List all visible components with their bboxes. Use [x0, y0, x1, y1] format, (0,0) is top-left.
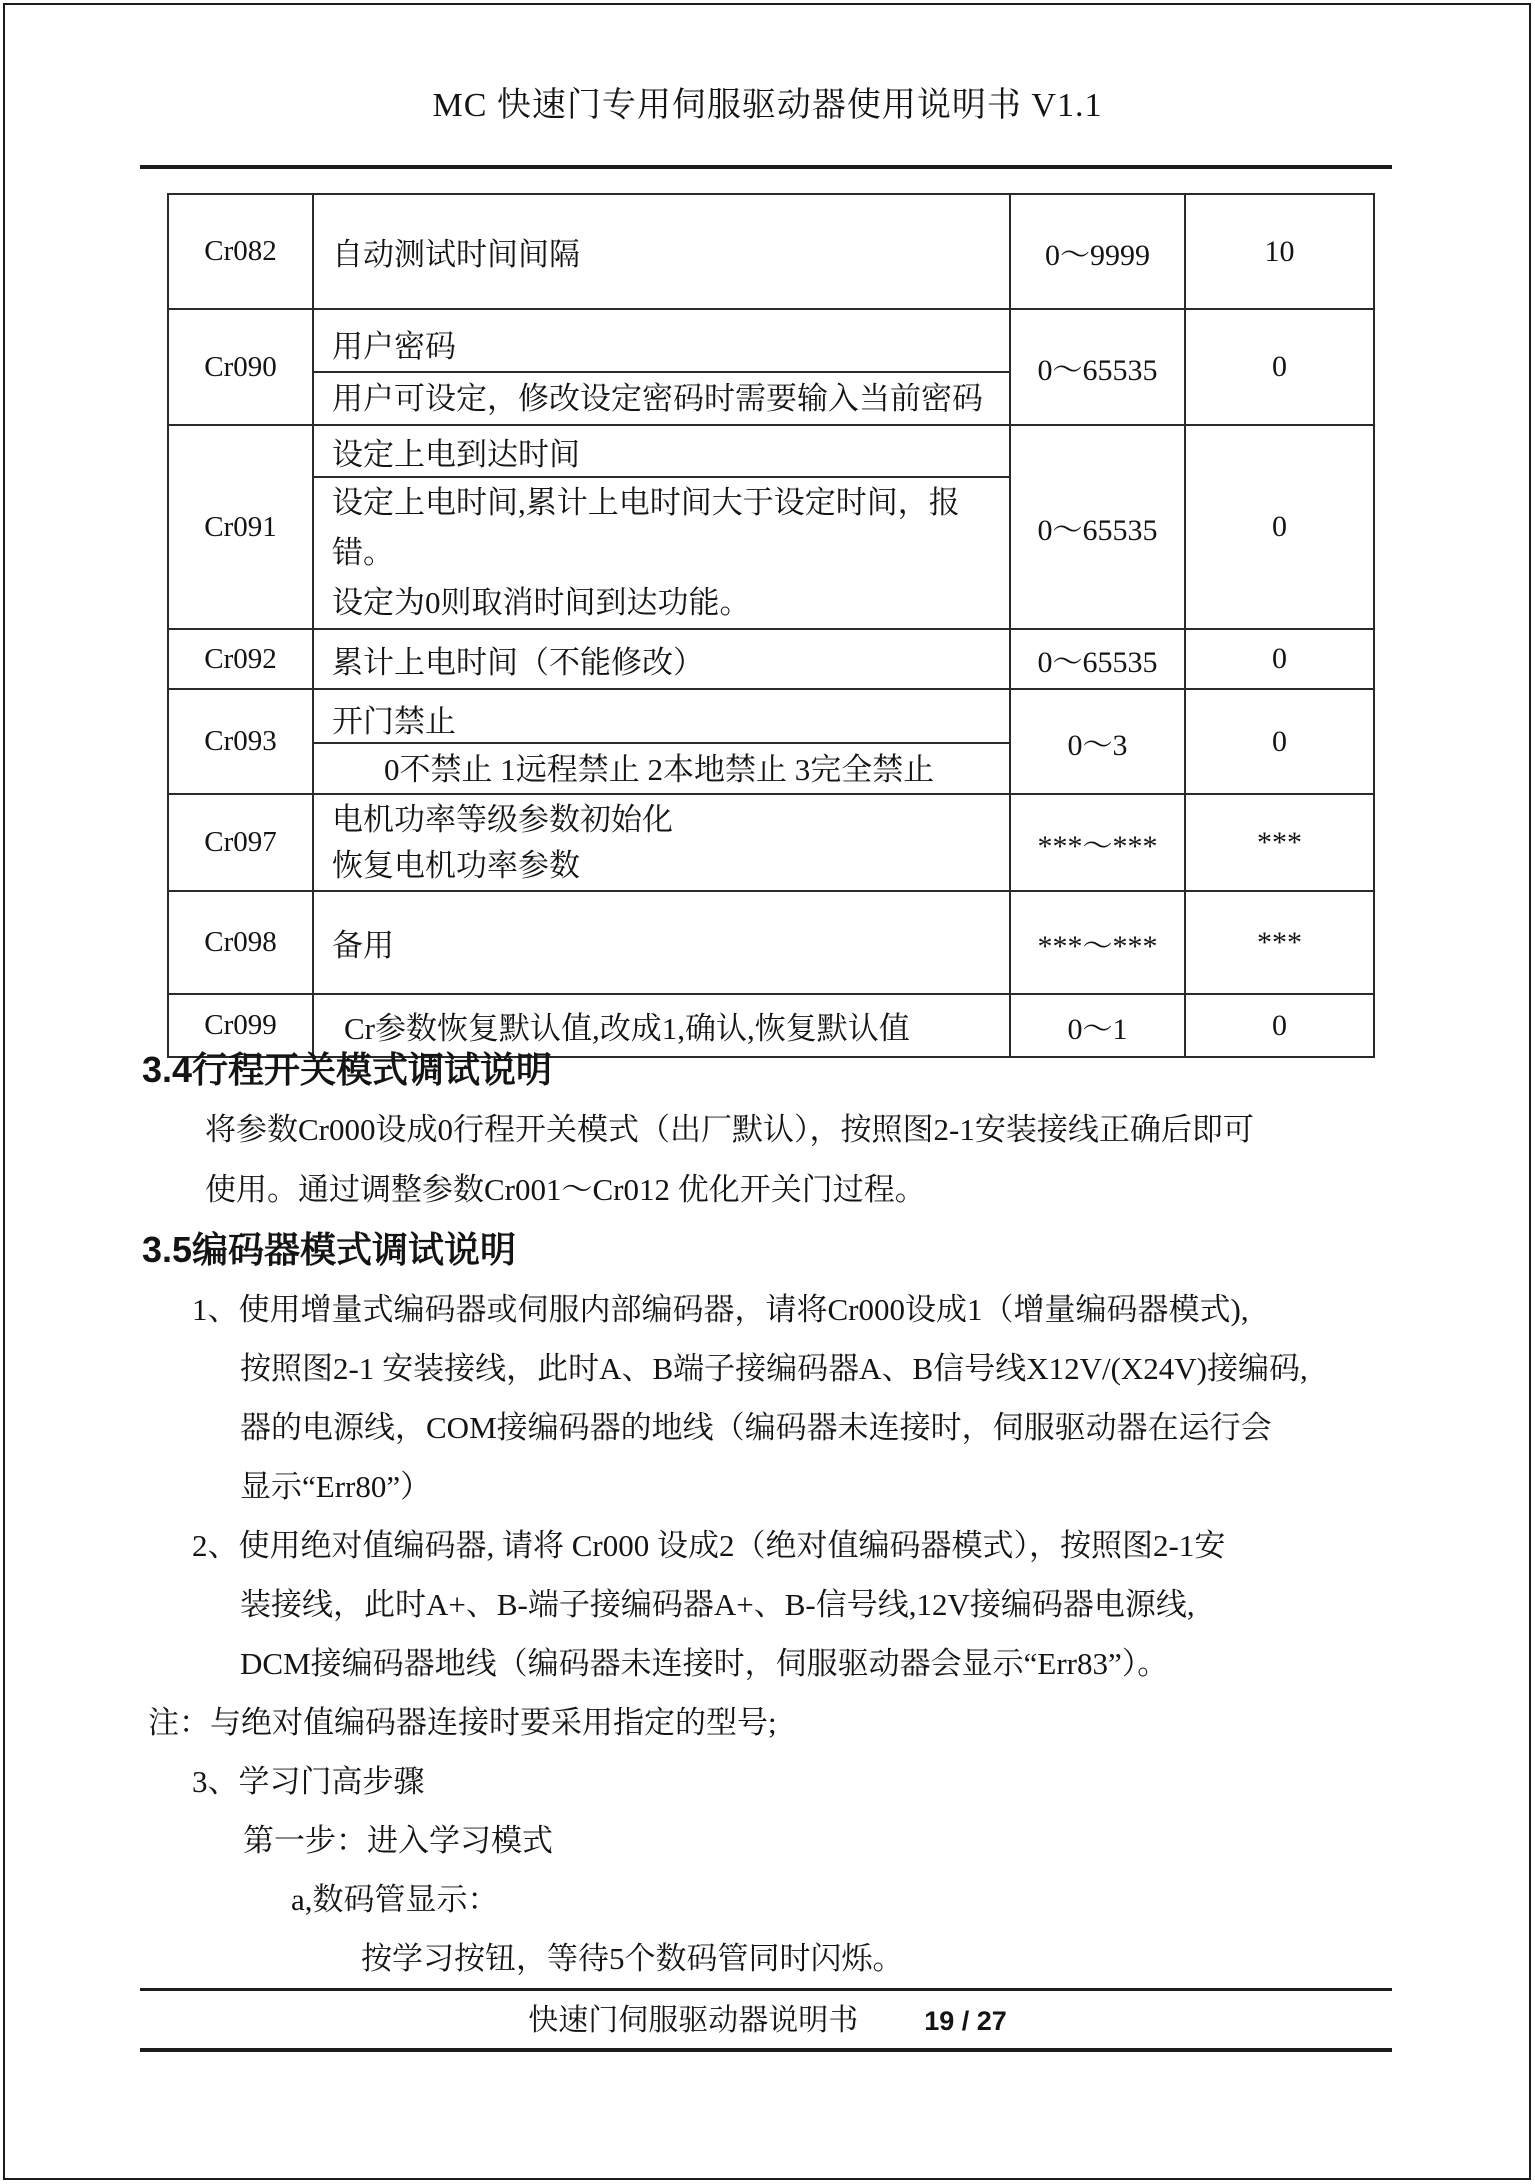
param-desc: 累计上电时间（不能修改） — [314, 637, 1009, 682]
table-row: Cr082 自动测试时间间隔 0～9999 10 — [168, 194, 1374, 309]
table-row: Cr098 备用 ***～*** *** — [168, 891, 1374, 994]
param-desc-detail: 设定上电时间,累计上电时间大于设定时间，报错。 设定为0则取消时间到达功能。 — [314, 478, 1009, 628]
section-3-5-substep: 按学习按钮，等待5个数码管同时闪烁。 — [361, 1929, 1535, 1988]
param-default: *** — [1185, 891, 1374, 994]
section-3-5-line: 装接线，此时A+、B-端子接编码器A+、B-信号线,12V接编码器电源线, — [240, 1575, 1535, 1634]
footer-rule-bottom — [140, 2048, 1392, 2052]
page-title: MC 快速门专用伺服驱动器使用说明书 V1.1 — [0, 83, 1535, 129]
param-range: ***～*** — [1010, 794, 1185, 891]
param-default: *** — [1185, 794, 1374, 891]
parameter-table: Cr082 自动测试时间间隔 0～9999 10 Cr090 用户密码 用户可设… — [167, 193, 1375, 1058]
section-3-5-line: 3、学习门高步骤 — [192, 1752, 1535, 1811]
table-row: Cr093 开门禁止 0不禁止 1远程禁止 2本地禁止 3完全禁止 0～3 0 — [168, 689, 1374, 794]
section-3-5-step: 第一步：进入学习模式 — [243, 1811, 1535, 1870]
param-desc-title: 设定上电到达时间 — [314, 426, 1009, 478]
param-range: 0～9999 — [1010, 194, 1185, 309]
footer-page-number: 19 / 27 — [924, 2000, 1007, 2042]
table-row: Cr090 用户密码 用户可设定，修改设定密码时需要输入当前密码 0～65535… — [168, 309, 1374, 425]
section-3-5-line: 2、使用绝对值编码器, 请将 Cr000 设成2（绝对值编码器模式），按照图2-… — [192, 1516, 1535, 1575]
param-range: 0～65535 — [1010, 309, 1185, 425]
param-range: ***～*** — [1010, 891, 1185, 994]
table-row: Cr092 累计上电时间（不能修改） 0～65535 0 — [168, 629, 1374, 689]
param-default: 10 — [1185, 194, 1374, 309]
param-code: Cr090 — [168, 309, 313, 425]
param-desc-detail: 0不禁止 1远程禁止 2本地禁止 3完全禁止 — [314, 744, 1009, 789]
param-code: Cr092 — [168, 629, 313, 689]
param-code: Cr091 — [168, 425, 313, 629]
section-3-4-line: 使用。通过调整参数Cr001～Cr012 优化开关门过程。 — [205, 1160, 1535, 1220]
param-default: 0 — [1185, 629, 1374, 689]
param-code: Cr097 — [168, 794, 313, 891]
param-code: Cr098 — [168, 891, 313, 994]
param-desc: 电机功率等级参数初始化 恢复电机功率参数 — [314, 797, 1009, 889]
section-heading-3-4: 3.4行程开关模式调试说明 — [142, 1040, 1535, 1100]
param-desc-title: 用户密码 — [314, 316, 1009, 373]
footer-rule-top — [140, 1988, 1392, 1991]
param-desc-detail: 用户可设定，修改设定密码时需要输入当前密码 — [314, 373, 1009, 418]
section-3-5-note: 注：与绝对值编码器连接时要采用指定的型号; — [148, 1693, 1535, 1752]
param-default: 0 — [1185, 309, 1374, 425]
body-sections: 3.4行程开关模式调试说明 将参数Cr000设成0行程开关模式（出厂默认），按照… — [0, 1040, 1535, 1988]
section-3-5-line: 显示“Err80”） — [240, 1457, 1535, 1516]
table-row: Cr091 设定上电到达时间 设定上电时间,累计上电时间大于设定时间，报错。 设… — [168, 425, 1374, 629]
section-3-5-line: DCM接编码器地线（编码器未连接时，伺服驱动器会显示“Err83”）。 — [240, 1634, 1535, 1693]
param-range: 0～3 — [1010, 689, 1185, 794]
section-3-5-substep: a,数码管显示： — [291, 1870, 1535, 1929]
param-desc: 备用 — [314, 920, 1009, 965]
param-desc-title: 开门禁止 — [314, 694, 1009, 744]
param-default: 0 — [1185, 689, 1374, 794]
section-3-5-line: 器的电源线，COM接编码器的地线（编码器未连接时，伺服驱动器在运行会 — [240, 1398, 1535, 1457]
param-code: Cr093 — [168, 689, 313, 794]
param-code: Cr082 — [168, 194, 313, 309]
param-default: 0 — [1185, 425, 1374, 629]
footer-doc-title: 快速门伺服驱动器说明书 — [528, 2000, 858, 2042]
param-range: 0～65535 — [1010, 629, 1185, 689]
table-row: Cr097 电机功率等级参数初始化 恢复电机功率参数 ***～*** *** — [168, 794, 1374, 891]
header-rule — [140, 165, 1392, 169]
param-desc: 自动测试时间间隔 — [314, 229, 1009, 274]
manual-page: MC 快速门专用伺服驱动器使用说明书 V1.1 Cr082 自动测试时间间隔 0… — [0, 0, 1535, 2184]
section-3-5-line: 1、使用增量式编码器或伺服内部编码器，请将Cr000设成1（增量编码器模式), — [192, 1280, 1535, 1339]
section-3-4-line: 将参数Cr000设成0行程开关模式（出厂默认），按照图2-1安装接线正确后即可 — [205, 1100, 1535, 1160]
footer: 快速门伺服驱动器说明书 19 / 27 — [0, 2000, 1535, 2042]
param-range: 0～65535 — [1010, 425, 1185, 629]
section-heading-3-5: 3.5编码器模式调试说明 — [142, 1220, 1535, 1280]
section-3-5-line: 按照图2-1 安装接线，此时A、B端子接编码器A、B信号线X12V/(X24V)… — [240, 1339, 1535, 1398]
